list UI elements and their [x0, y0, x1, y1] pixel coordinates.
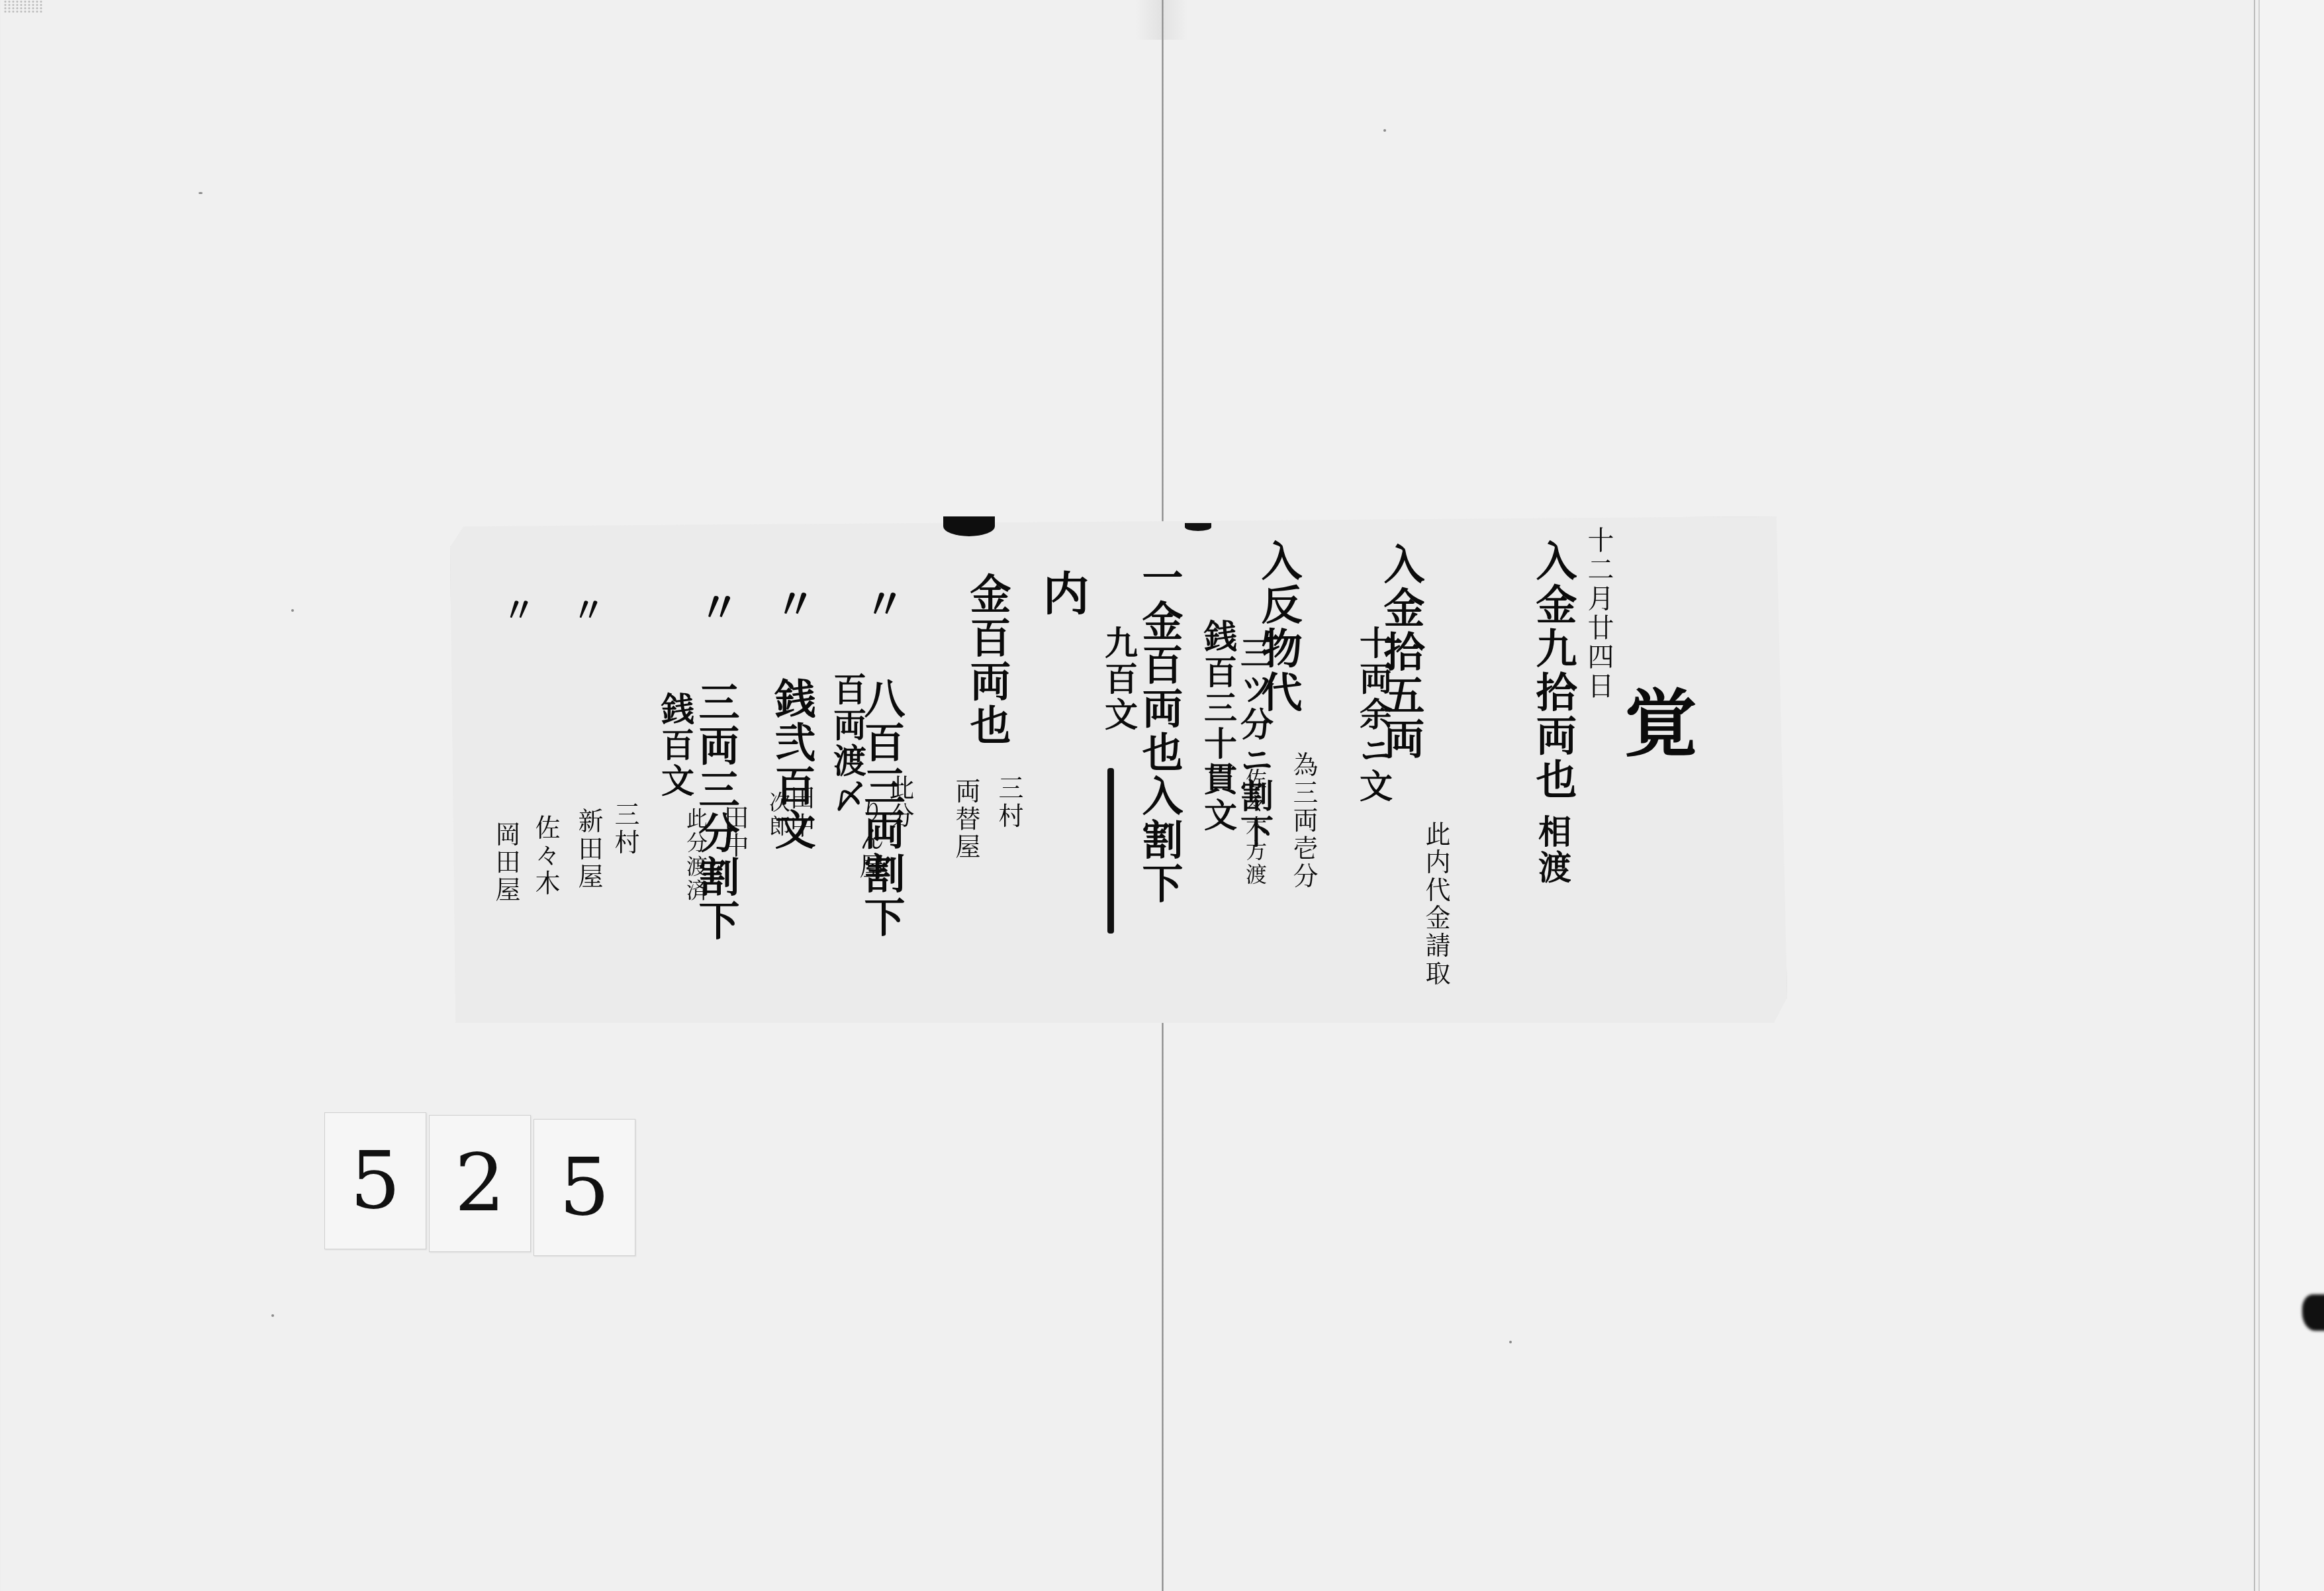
entry-note: 次郎: [768, 791, 789, 839]
entry-column: 金百両也: [966, 573, 1007, 747]
ink-blot: [1185, 523, 1211, 531]
entry-sub: 銭百文: [659, 692, 692, 799]
entry-sub: 十両余ニ文: [1357, 626, 1390, 804]
dust-speck: [291, 609, 294, 612]
entry-note: 三村: [996, 775, 1021, 830]
dust-speck: [199, 192, 203, 194]
entry-note: りん屋: [857, 798, 882, 881]
entry-note: 此内代金請取: [1423, 821, 1448, 988]
date-line: 十二月廿四日: [1585, 526, 1612, 701]
entry-stroke: [1107, 768, 1114, 934]
binding-line: [2254, 0, 2255, 1591]
entry-note: 田中: [788, 785, 813, 840]
binding-line: [2258, 0, 2260, 1591]
catalog-digit: 2: [429, 1115, 531, 1252]
entry-sub: 銭百三十貫文: [1201, 619, 1234, 834]
entry-note: 佐々木: [533, 814, 558, 898]
catalog-number: 5 2 5: [324, 1112, 638, 1255]
ink-blot: [943, 516, 995, 536]
entry-column: 一金百両也入割下: [1139, 556, 1180, 906]
entry-note: 新田屋: [576, 808, 601, 891]
entry-note: 両替屋: [953, 778, 978, 861]
document-title: 覚: [1618, 685, 1691, 761]
entry-note: 岡田屋: [493, 821, 518, 904]
ditto-mark: 〃: [500, 593, 533, 628]
entry-note: 為三両壱分: [1291, 751, 1316, 891]
entry-sub: 九百文: [1102, 626, 1135, 733]
catalog-digit: 5: [324, 1112, 426, 1249]
catalog-digit: 5: [534, 1119, 635, 1256]
scan-speckle: [3, 0, 43, 13]
entry-column: 入金九拾両也: [1532, 540, 1573, 802]
entry-note: 此分: [887, 775, 912, 830]
dust-speck: [271, 1314, 274, 1317]
entry-note: 相渡: [1536, 814, 1569, 886]
dust-speck: [1383, 129, 1386, 132]
edge-ink-blot: [2302, 1294, 2324, 1331]
entry-note: 佐々木方渡: [1244, 768, 1266, 887]
section-marker: 内: [1039, 569, 1086, 618]
entry-sub: 百両渡〆: [831, 672, 864, 815]
entry-note: 三村: [612, 801, 637, 857]
ditto-mark: 〃: [569, 593, 602, 628]
dust-speck: [1509, 1341, 1512, 1343]
entry-note: 此分渡済: [685, 808, 706, 903]
binding-margin: [2258, 0, 2324, 1591]
entry-note: 田中: [721, 804, 747, 860]
